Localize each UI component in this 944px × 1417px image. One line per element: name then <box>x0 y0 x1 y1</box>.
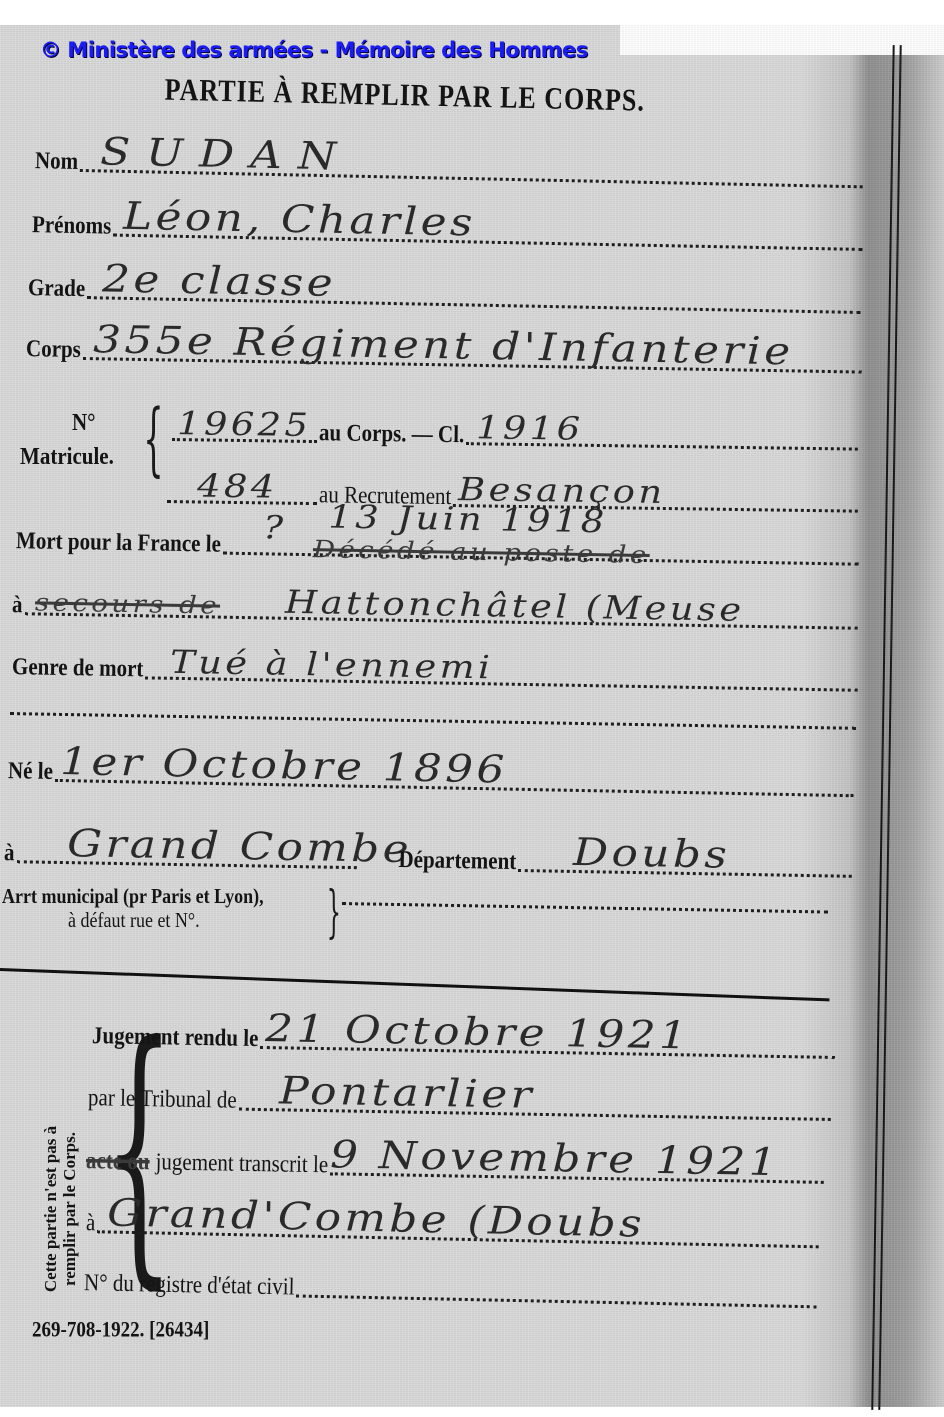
matricule-recrutement-line: 484 <box>167 500 317 505</box>
transcrit-struck-label: acte ou <box>86 1146 150 1176</box>
corps-label: Corps <box>26 334 81 364</box>
tribunal-label: par le Tribunal de <box>88 1083 237 1114</box>
classe-line: 1916 <box>466 442 858 450</box>
genre-mort-value: Tué à l'ennemi <box>170 643 494 687</box>
arrondissement-label-2: à défaut rue et N°. <box>68 909 200 933</box>
mort-lieu-label: à <box>12 590 23 619</box>
arrondissement-brace: } <box>327 880 341 945</box>
grade-label: Grade <box>28 273 86 303</box>
nom-label: Nom <box>35 146 79 176</box>
naissance-lieu-label: à <box>4 838 15 867</box>
arrondissement-label: Arrt municipal (pr Paris et Lyon), <box>2 885 264 909</box>
transcrit-lieu-label: à <box>86 1208 96 1237</box>
copyright-watermark: © Ministère des armées - Mémoire des Hom… <box>40 38 588 62</box>
naissance-label: Né le <box>8 756 53 786</box>
tribunal-value: Pontarlier <box>279 1068 536 1116</box>
naissance-lieu-line: Grand Combe <box>16 860 356 869</box>
matricule-corps-value: 19625 <box>177 404 312 444</box>
mort-lieu-struck: secours de <box>34 588 219 619</box>
jugement-rendu-value: 21 Octobre 1921 <box>265 1006 691 1057</box>
prenoms-label: Prénoms <box>32 210 112 240</box>
side-note: Cette partie n'est pas à remplir par le … <box>41 1119 79 1299</box>
transcrit-label: jugement transcrit le <box>155 1147 328 1179</box>
departement-value: Doubs <box>573 830 731 877</box>
matricule-recrutement-value: 484 <box>197 466 278 505</box>
mort-struck-text: Décédé au poste de <box>313 535 650 569</box>
registre-label: N° du registre d'état civil <box>84 1268 295 1301</box>
matricule-label: Matricule. <box>20 442 114 471</box>
departement-label: Département <box>398 845 516 876</box>
mort-question-mark: ? <box>263 508 287 546</box>
form-reference-number: 269-708-1922. [26434] <box>32 1318 209 1343</box>
mort-label: Mort pour la France le <box>16 526 221 558</box>
nom-value: SUDAN <box>100 129 353 178</box>
prenoms-value: Léon, Charles <box>123 194 477 245</box>
genre-mort-label: Genre de mort <box>12 652 144 683</box>
grade-value: 2e classe <box>102 256 337 304</box>
transcrit-value: 9 Novembre 1921 <box>330 1132 781 1184</box>
au-corps-classe-label: au Corps. — Cl. <box>319 418 465 449</box>
scan-margin <box>620 25 944 55</box>
matricule-corps-line: 19625 <box>172 438 317 443</box>
matricule-no-label: N° <box>72 408 96 437</box>
naissance-lieu-value: Grand Combe <box>66 821 412 871</box>
departement-line: Doubs <box>518 869 852 878</box>
mort-date-value: 13 Juin 1918 <box>328 497 608 540</box>
jugement-rendu-label: Jugement rendu le <box>92 1021 259 1053</box>
naissance-value: 1er Octobre 1896 <box>60 739 508 792</box>
classe-value: 1916 <box>476 408 584 447</box>
matricule-brace: { <box>143 392 163 485</box>
mort-lieu-value: Hattonchâtel (Meuse <box>284 583 744 629</box>
